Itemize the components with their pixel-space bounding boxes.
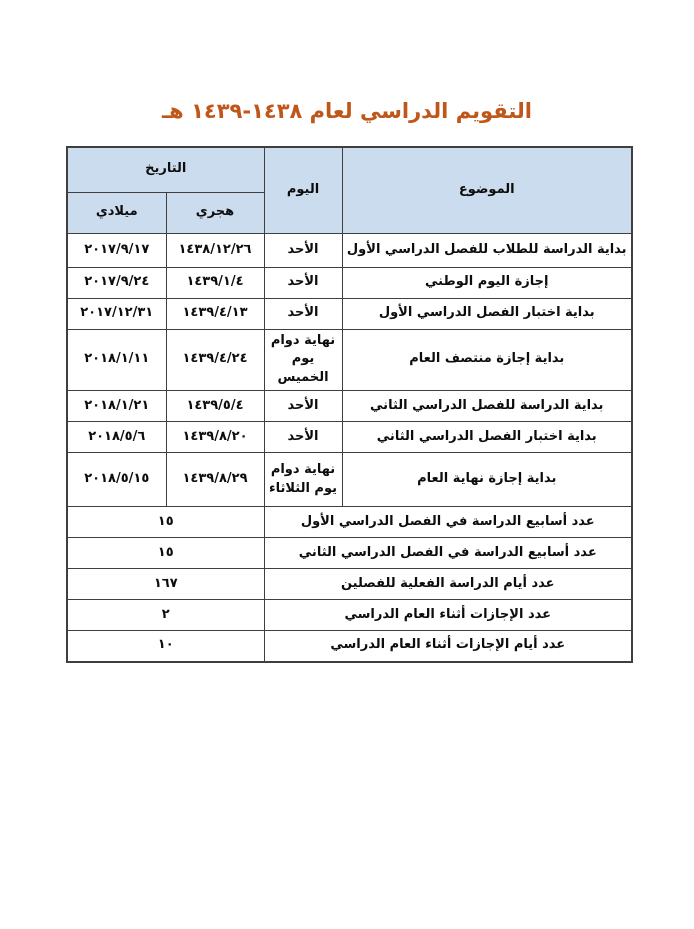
day-cell: نهاية دوام يوم الخميس (264, 329, 342, 391)
gregorian-date-cell: ٢٠١٧/١٢/٣١ (67, 298, 166, 329)
hijri-date-cell: ١٤٣٩/٤/١٣ (166, 298, 264, 329)
gregorian-date-cell: ٢٠١٨/١/٢١ (67, 391, 166, 422)
day-cell: نهاية دوام يوم الثلاثاء (264, 453, 342, 507)
summary-label-cell: عدد أسابيع الدراسة في الفصل الدراسي الثا… (264, 538, 632, 569)
summary-value-cell: ١٦٧ (67, 569, 264, 600)
subject-cell: بداية اختبار الفصل الدراسي الأول (342, 298, 632, 329)
summary-value-cell: ٢ (67, 600, 264, 631)
subject-cell: بداية اختبار الفصل الدراسي الثاني (342, 422, 632, 453)
header-row-1: الموضوع اليوم التاريخ (67, 147, 632, 192)
header-hijri: هجري (166, 192, 264, 233)
document-page: { "page": { "title": "التقويم الدراسي لع… (0, 0, 694, 929)
gregorian-date-cell: ٢٠١٨/١/١١ (67, 329, 166, 391)
day-cell: الأحد (264, 391, 342, 422)
summary-label-cell: عدد أسابيع الدراسة في الفصل الدراسي الأو… (264, 507, 632, 538)
header-gregorian: ميلادي (67, 192, 166, 233)
day-cell: الأحد (264, 233, 342, 267)
academic-calendar-table: الموضوع اليوم التاريخ هجري ميلادي بداية … (66, 146, 633, 663)
subject-cell: بداية إجازة نهاية العام (342, 453, 632, 507)
table-row: بداية الدراسة للطلاب للفصل الدراسي الأول… (67, 233, 632, 267)
summary-row: عدد الإجازات أثناء العام الدراسي ٢ (67, 600, 632, 631)
hijri-date-cell: ١٤٣٩/٨/٢٩ (166, 453, 264, 507)
table-row: بداية اختبار الفصل الدراسي الثاني الأحد … (67, 422, 632, 453)
summary-label-cell: عدد أيام الدراسة الفعلية للفصلين (264, 569, 632, 600)
summary-row: عدد أسابيع الدراسة في الفصل الدراسي الثا… (67, 538, 632, 569)
header-date: التاريخ (67, 147, 264, 192)
summary-row: عدد أيام الإجازات أثناء العام الدراسي ١٠ (67, 631, 632, 662)
summary-value-cell: ١٠ (67, 631, 264, 662)
summary-value-cell: ١٥ (67, 507, 264, 538)
table-row: إجازة اليوم الوطني الأحد ١٤٣٩/١/٤ ٢٠١٧/٩… (67, 267, 632, 298)
hijri-date-cell: ١٤٣٩/١/٤ (166, 267, 264, 298)
subject-cell: بداية الدراسة للفصل الدراسي الثاني (342, 391, 632, 422)
subject-cell: إجازة اليوم الوطني (342, 267, 632, 298)
table-row: بداية إجازة منتصف العام نهاية دوام يوم ا… (67, 329, 632, 391)
gregorian-date-cell: ٢٠١٧/٩/١٧ (67, 233, 166, 267)
summary-label-cell: عدد الإجازات أثناء العام الدراسي (264, 600, 632, 631)
hijri-date-cell: ١٤٣٩/٤/٢٤ (166, 329, 264, 391)
table-row: بداية الدراسة للفصل الدراسي الثاني الأحد… (67, 391, 632, 422)
day-cell: الأحد (264, 267, 342, 298)
hijri-date-cell: ١٤٣٩/٥/٤ (166, 391, 264, 422)
hijri-date-cell: ١٤٣٨/١٢/٢٦ (166, 233, 264, 267)
summary-row: عدد أيام الدراسة الفعلية للفصلين ١٦٧ (67, 569, 632, 600)
page-title: التقويم الدراسي لعام ١٤٣٨-١٤٣٩ هـ (0, 99, 694, 123)
table-row: بداية إجازة نهاية العام نهاية دوام يوم ا… (67, 453, 632, 507)
day-cell: الأحد (264, 298, 342, 329)
summary-value-cell: ١٥ (67, 538, 264, 569)
hijri-date-cell: ١٤٣٩/٨/٢٠ (166, 422, 264, 453)
table-row: بداية اختبار الفصل الدراسي الأول الأحد ١… (67, 298, 632, 329)
summary-label-cell: عدد أيام الإجازات أثناء العام الدراسي (264, 631, 632, 662)
subject-cell: بداية الدراسة للطلاب للفصل الدراسي الأول (342, 233, 632, 267)
subject-cell: بداية إجازة منتصف العام (342, 329, 632, 391)
summary-row: عدد أسابيع الدراسة في الفصل الدراسي الأو… (67, 507, 632, 538)
day-cell: الأحد (264, 422, 342, 453)
gregorian-date-cell: ٢٠١٨/٥/١٥ (67, 453, 166, 507)
header-day: اليوم (264, 147, 342, 233)
header-subject: الموضوع (342, 147, 632, 233)
gregorian-date-cell: ٢٠١٨/٥/٦ (67, 422, 166, 453)
gregorian-date-cell: ٢٠١٧/٩/٢٤ (67, 267, 166, 298)
